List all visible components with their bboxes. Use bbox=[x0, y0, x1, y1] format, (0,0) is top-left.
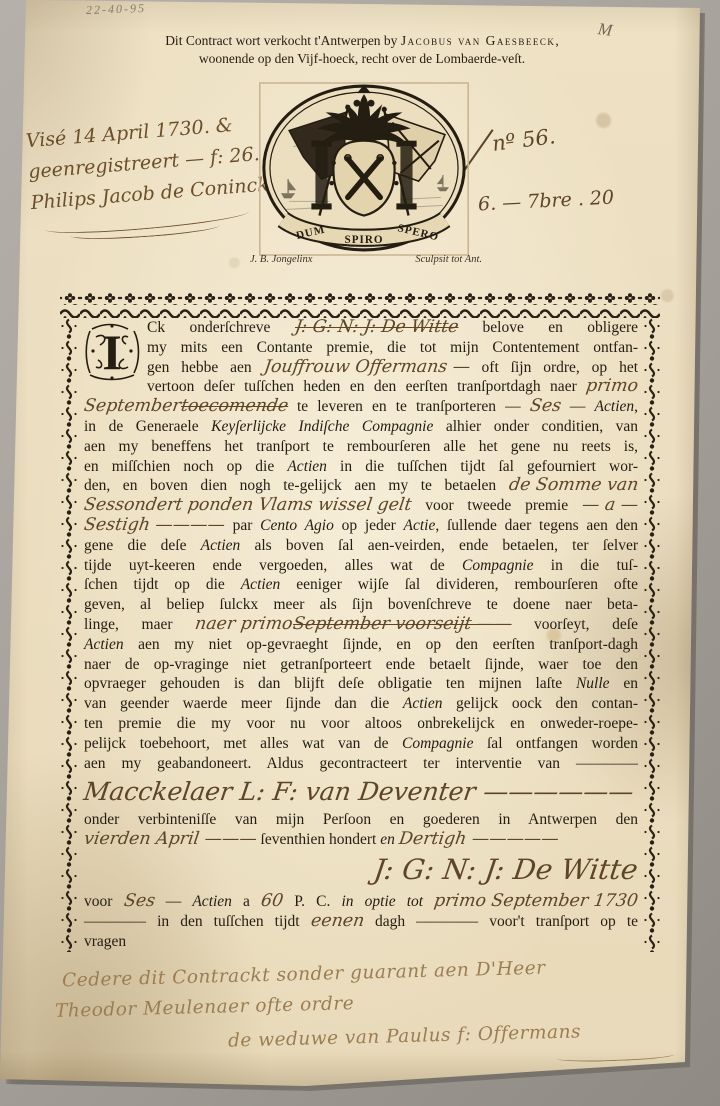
contract-line: tijde uyt-keeren ende vergoeden, alles w… bbox=[84, 556, 638, 576]
archive-pencil-note: 22-40-95 bbox=[86, 1, 146, 18]
print-text: ſchen tijdt op die bbox=[84, 576, 241, 593]
contract-line: Sessondert ponden Vlams wissel gelt voor… bbox=[84, 496, 638, 516]
print-text: eeniger wijſe ſal divideren, rembourſere… bbox=[280, 576, 638, 593]
seal-engraving-icon: DUM SPIRO SPERO bbox=[258, 82, 470, 256]
italic-print-text: Keyſerlijcke Indiſche Compagnie bbox=[211, 418, 433, 435]
engraver-sculpsit: Sculpsit tot Ant. bbox=[415, 254, 482, 265]
paper-sheet: 22-40-95 M Dit Contract wort verkocht t'… bbox=[0, 0, 710, 1095]
handwritten-text: primo September 1730 bbox=[433, 893, 639, 910]
print-text: — bbox=[561, 398, 595, 415]
print-text: tijde uyt-keeren ende vergoeden, alles w… bbox=[84, 557, 462, 574]
print-text: in die tuſ- bbox=[533, 557, 638, 574]
print-text: in de Generaele bbox=[84, 418, 211, 435]
italic-print-text: Compagnie bbox=[402, 735, 473, 752]
handwritten-text: Ses bbox=[529, 398, 563, 415]
print-text: den, en boven dien nogh te-gelijck aen m… bbox=[84, 477, 509, 494]
italic-print-text: Cento Agio bbox=[260, 517, 334, 534]
contract-line: opvraeger gehouden is dan blijft deſe ob… bbox=[84, 674, 638, 694]
contract-line: pelijck toebehoort, met alles wat van de… bbox=[84, 734, 638, 754]
print-text: opvraeger gehouden is dan blijft deſe ob… bbox=[84, 675, 576, 692]
struck-handwritten-text: September voorseijt —— bbox=[292, 616, 513, 633]
print-text: linge, maer bbox=[84, 616, 195, 633]
contract-line: in de Generaele Keyſerlijcke Indiſche Co… bbox=[84, 417, 638, 437]
contract-line: linge, maer naer primo September voorsei… bbox=[84, 615, 638, 635]
handwritten-text: September bbox=[83, 398, 182, 415]
print-text: als boven ſal aen-veirden, ende betaelen… bbox=[240, 537, 638, 554]
print-text: geven, al beliep ſulckx meer als ſijn bo… bbox=[84, 596, 638, 613]
contract-line: voor Ses — Actien a 60 P. C. in optie to… bbox=[84, 892, 638, 912]
handwritten-text: — a — bbox=[581, 497, 640, 514]
handwritten-text: naer primo bbox=[194, 616, 294, 633]
print-text: belove en obligere bbox=[458, 319, 638, 336]
italic-print-text: Actien bbox=[241, 576, 281, 593]
contract-line: ſchen tijdt op die Actien eeniger wijſe … bbox=[84, 575, 638, 595]
cession-note-line2: Theodor Meulenaer ofte ordre bbox=[55, 993, 355, 1022]
contract-line: September toecomende te leveren en te tr… bbox=[84, 397, 638, 417]
print-text: voor bbox=[84, 893, 124, 910]
print-text: vertoon deſer tuſſchen heden en den eerſ… bbox=[147, 378, 586, 395]
contract-line: aen my geabandoneert. Aldus gecontractee… bbox=[84, 754, 638, 774]
registration-note: Visé 14 April 1730. & geenregistreert — … bbox=[25, 106, 291, 219]
italic-print-text: Actie bbox=[404, 517, 436, 534]
print-text: , ſullende daer tegens aen den bbox=[435, 517, 638, 534]
header-line1: Dit Contract wort verkocht t'Antwerpen b… bbox=[0, 32, 720, 50]
contract-line: vierden April ——— ſeventhien hondert en … bbox=[84, 830, 638, 850]
print-text: voor tweede premie bbox=[411, 497, 581, 514]
italic-print-text: Compagnie bbox=[462, 557, 533, 574]
engraver-name: J. B. Jongelinx bbox=[250, 254, 312, 265]
italic-print-text: in optie tot bbox=[341, 893, 423, 910]
italic-print-text: Nulle bbox=[576, 675, 610, 692]
struck-handwritten-text: toecomende bbox=[179, 398, 289, 415]
handwritten-text: eenen bbox=[309, 913, 365, 930]
print-text: P. C. bbox=[283, 893, 341, 910]
print-text: aen my beneffens het tranſport te rembou… bbox=[84, 438, 638, 455]
print-text: ſeventhien hondert bbox=[257, 831, 381, 848]
contract-line: ———— in den tuſſchen tijdt eenen dagh ——… bbox=[84, 912, 638, 932]
print-text: in die tuſſchen tijdt ſal gefourniert wo… bbox=[327, 458, 638, 475]
print-text: a bbox=[232, 893, 261, 910]
contract-line: aen my beneffens het tranſport te rembou… bbox=[84, 437, 638, 457]
ornament-border-left bbox=[60, 318, 77, 952]
contract-line: gen hebbe aen Jouffrouw Offermans — oft … bbox=[84, 358, 638, 378]
contract-number-note: nº 56. bbox=[491, 124, 557, 156]
handwritten-text: Jouffrouw Offermans — bbox=[262, 359, 471, 376]
italic-print-text: Actien bbox=[595, 398, 635, 415]
print-text: naer de op-vraginge niet getranſporteert… bbox=[84, 656, 638, 673]
contract-line: vragen bbox=[84, 932, 638, 952]
ornament-border-top bbox=[60, 292, 660, 318]
italic-print-text: en bbox=[380, 831, 399, 848]
print-text: aen my niet op-gevraeght ſijnde, en op d… bbox=[124, 636, 638, 653]
contract-line: geven, al beliep ſulckx meer als ſijn bo… bbox=[84, 595, 638, 615]
contract-line: Macckelaer L: F: van Deventer —————— bbox=[84, 776, 638, 810]
handwritten-text: vierden April ——— bbox=[83, 831, 258, 848]
contract-line: en miſſchien noch op die Actien in die t… bbox=[84, 457, 638, 477]
handwritten-text: primo bbox=[585, 378, 639, 395]
print-text: , bbox=[634, 398, 638, 415]
print-text: aen my geabandoneert. Aldus gecontractee… bbox=[84, 755, 638, 772]
handwritten-text: Macckelaer L: F: van Deventer —————— bbox=[82, 779, 635, 804]
contract-line: Sestigh ———— par Cento Agio op jeder Act… bbox=[84, 516, 638, 536]
print-text: my mits een Contante premie, die tot mij… bbox=[147, 339, 638, 356]
print-text: dagh ———— voor't tranſport op te bbox=[364, 913, 638, 930]
contract-line: vertoon deſer tuſſchen heden en den eerſ… bbox=[84, 377, 638, 397]
company-seal-emblem: DUM SPIRO SPERO bbox=[258, 82, 470, 256]
handwritten-text: Ses bbox=[122, 893, 156, 910]
header-line2: woonende op den Vijf-hoeck, recht over d… bbox=[0, 50, 720, 68]
print-text: ten premie die my voor nu voor altoos on… bbox=[84, 715, 638, 732]
print-text: van geender waerde meer ſijnde dan die bbox=[84, 695, 403, 712]
italic-print-text: Actien bbox=[84, 636, 124, 653]
handwritten-text: Dertigh ————— bbox=[397, 831, 559, 848]
contract-line: van geender waerde meer ſijnde dan die A… bbox=[84, 694, 638, 714]
print-text: en miſſchien noch op die bbox=[84, 458, 287, 475]
cession-note-line3: de weduwe van Paulus f: Offermans bbox=[228, 1021, 581, 1051]
contract-line: Actien aen my niet op-gevraeght ſijnde, … bbox=[84, 635, 638, 655]
print-text: — bbox=[155, 893, 193, 910]
contract-line: Ck onderſchreve J: G: N: J: De Witte bel… bbox=[84, 318, 638, 338]
seller-name: Jacobus van Gaesbeeck bbox=[401, 33, 556, 48]
struck-handwritten-text: J: G: N: J: De Witte bbox=[293, 319, 459, 336]
handwritten-text: Sessondert ponden Vlams wissel gelt bbox=[83, 497, 413, 514]
contract-line: onder verbinteniſſe van mijn Perſoon en … bbox=[84, 810, 638, 830]
svg-text:I: I bbox=[102, 324, 121, 380]
print-text: gelijck oock den contan- bbox=[442, 695, 638, 712]
drop-cap-initial: I bbox=[84, 321, 140, 383]
print-text: voorſeyt, deſe bbox=[511, 616, 638, 633]
contract-line: gene die deſe Actien als boven ſal aen-v… bbox=[84, 536, 638, 556]
signature: J: G: N: J: De Witte bbox=[84, 850, 638, 892]
print-text: te leveren en te tranſporteren — bbox=[288, 398, 530, 415]
print-text: op jeder bbox=[334, 517, 404, 534]
cession-note-line1: Cedere dit Contrackt sonder guarant aen … bbox=[62, 958, 546, 992]
print-text: Ck onderſchreve bbox=[147, 319, 295, 336]
printed-header: Dit Contract wort verkocht t'Antwerpen b… bbox=[0, 32, 720, 68]
ornament-border-right bbox=[643, 318, 660, 952]
handwritten-text: J: G: N: J: De Witte bbox=[372, 856, 640, 884]
print-text: gene die deſe bbox=[84, 537, 201, 554]
print-text: onder verbinteniſſe van mijn Perſoon en … bbox=[84, 811, 638, 828]
contract-body: I Ck onderſchreve J: G: N: J: De Witte b… bbox=[84, 318, 638, 951]
flourish-underline bbox=[556, 1050, 674, 1063]
print-text: alhier onder conditien, van bbox=[433, 418, 638, 435]
print-text: ſal ontfangen worden bbox=[473, 735, 638, 752]
contract-line: ten premie die my voor nu voor altoos on… bbox=[84, 714, 638, 734]
handwritten-text: 60 bbox=[260, 893, 285, 910]
print-text: par bbox=[225, 517, 260, 534]
handwritten-text: Sestigh ———— bbox=[83, 517, 226, 534]
contract-line: den, en boven dien nogh te-gelijck aen m… bbox=[84, 476, 638, 496]
print-text: vragen bbox=[84, 933, 126, 950]
contract-line: my mits een Contante premie, die tot mij… bbox=[84, 338, 638, 358]
print-text: ———— in den tuſſchen tijdt bbox=[84, 913, 311, 930]
italic-print-text: Actien bbox=[403, 695, 443, 712]
print-text: gen hebbe aen bbox=[147, 359, 264, 376]
contract-line: naer de op-vraginge niet getranſporteert… bbox=[84, 655, 638, 675]
italic-print-text: Actien bbox=[287, 458, 327, 475]
print-text: oft ſijn ordre, op het bbox=[470, 359, 638, 376]
print-text: en bbox=[610, 675, 638, 692]
engraver-credits: J. B. Jongelinx Sculpsit tot Ant. bbox=[250, 254, 482, 265]
italic-print-text: Actien bbox=[201, 537, 241, 554]
italic-print-text: Actien bbox=[192, 893, 232, 910]
motto-word-spiro: SPIRO bbox=[344, 234, 383, 246]
date-note: 6. — 7bre . 20 bbox=[478, 186, 615, 215]
print-text: pelijck toebehoort, met alles wat van de bbox=[84, 735, 402, 752]
handwritten-text: de Somme van bbox=[507, 477, 639, 494]
scanned-contract-page: 22-40-95 M Dit Contract wort verkocht t'… bbox=[0, 0, 720, 1106]
